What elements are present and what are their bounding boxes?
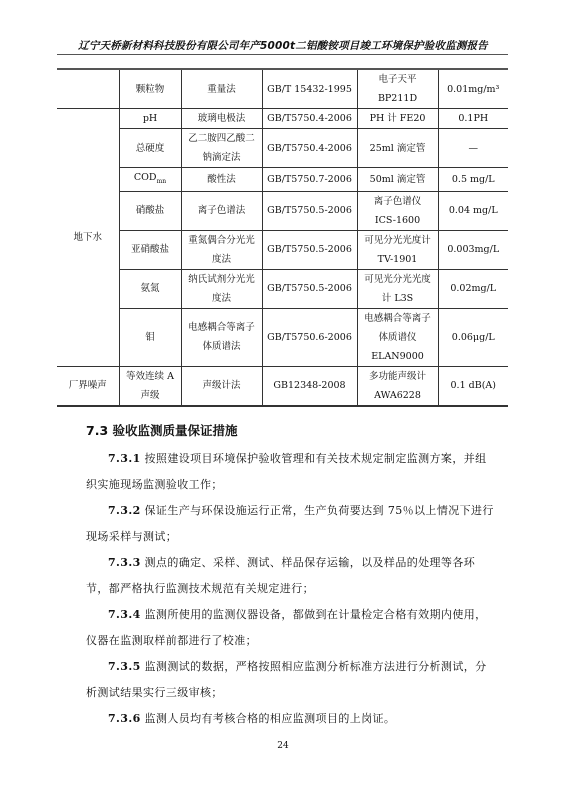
instrument-line: ICS-1600: [360, 211, 436, 230]
instrument-line: ELAN9000: [360, 347, 436, 366]
clause-text: 测点的确定、采样、测试、样品保存运输，以及样品的处理等各环节，都严格执行监测技术…: [86, 556, 475, 595]
method-cell: 乙二胺四乙酸二钠滴定法: [181, 129, 262, 168]
paragraph-7-3-5: 7.3.5 监测测试的数据，严格按照相应监测分析标准方法进行分析测试，分析测试结…: [86, 654, 496, 706]
paragraph-7-3-6: 7.3.6 监测人员均有考核合格的相应监测项目的上岗证。: [86, 706, 496, 732]
instrument-line: 多功能声级计: [360, 367, 436, 386]
item-line: 声级: [122, 386, 179, 405]
method-line: 重氮偶合分光光: [184, 231, 260, 250]
method-cell: 纳氏试剂分光光度法: [181, 269, 262, 308]
table-row: CODmn 酸性法 GB/T5750.7-2006 50ml 滴定管 0.5 m…: [57, 168, 508, 192]
standard-cell: GB/T5750.6-2006: [262, 308, 357, 366]
table-row: 总硬度 乙二胺四乙酸二钠滴定法 GB/T5750.4-2006 25ml 滴定管…: [57, 129, 508, 168]
method-cell: 重量法: [181, 69, 262, 109]
clause-number: 7.3.5: [108, 660, 141, 673]
item-cell: 钼: [119, 308, 181, 366]
detection-limit-cell: 0.01mg/m³: [438, 69, 508, 109]
item-cell: 氨氮: [119, 269, 181, 308]
instrument-cell: 离子色谱仪ICS-1600: [357, 191, 438, 230]
instrument-cell: 可见光分光光度计 L3S: [357, 269, 438, 308]
clause-number: 7.3.6: [108, 712, 141, 725]
item-cell: pH: [119, 109, 181, 129]
instrument-line: 可见光分光光度: [360, 270, 436, 289]
detection-limit-cell: 0.1PH: [438, 109, 508, 129]
detection-limit-cell: 0.5 mg/L: [438, 168, 508, 192]
item-cell: 总硬度: [119, 129, 181, 168]
monitoring-methods-table: 颗粒物 重量法 GB/T 15432-1995 电子天平BP211D 0.01m…: [57, 68, 508, 407]
instrument-line: AWA6228: [360, 386, 436, 405]
instrument-cell: 50ml 滴定管: [357, 168, 438, 192]
instrument-line: BP211D: [360, 89, 436, 108]
item-cell: 亚硝酸盐: [119, 230, 181, 269]
instrument-line: 电感耦合等离子: [360, 309, 436, 328]
table-row: 颗粒物 重量法 GB/T 15432-1995 电子天平BP211D 0.01m…: [57, 69, 508, 109]
detection-limit-cell: 0.04 mg/L: [438, 191, 508, 230]
instrument-cell: 电子天平BP211D: [357, 69, 438, 109]
paragraph-7-3-1: 7.3.1 按照建设项目环境保护验收管理和有关技术规定制定监测方案，并组织实施现…: [86, 446, 496, 498]
item-subscript: mn: [157, 178, 167, 185]
instrument-cell: PH 计 FE20: [357, 109, 438, 129]
table-row: 钼 电感耦合等离子体质谱法 GB/T5750.6-2006 电感耦合等离子体质谱…: [57, 308, 508, 366]
table-row: 硝酸盐 离子色谱法 GB/T5750.5-2006 离子色谱仪ICS-1600 …: [57, 191, 508, 230]
instrument-line: 电子天平: [360, 70, 436, 89]
method-line: 钠滴定法: [184, 148, 260, 167]
report-header-title: 辽宁天桥新材料科技股份有限公司年产5000t二铝酸铵项目竣工环境保护验收监测报告: [0, 38, 566, 53]
category-cell-noise: 厂界噪声: [57, 366, 119, 406]
header-divider: [57, 54, 508, 55]
method-cell: 玻璃电极法: [181, 109, 262, 129]
standard-cell: GB/T5750.4-2006: [262, 129, 357, 168]
detection-limit-cell: 0.06μg/L: [438, 308, 508, 366]
instrument-line: 可见分光光度计: [360, 231, 436, 250]
standard-cell: GB/T5750.5-2006: [262, 230, 357, 269]
clause-text: 监测人员均有考核合格的相应监测项目的上岗证。: [141, 712, 396, 725]
instrument-cell: 可见分光光度计TV-1901: [357, 230, 438, 269]
instrument-line: 离子色谱仪: [360, 192, 436, 211]
table-row: 亚硝酸盐 重氮偶合分光光度法 GB/T5750.5-2006 可见分光光度计TV…: [57, 230, 508, 269]
clause-text: 监测所使用的监测仪器设备，都做到在计量检定合格有效期内使用，仪器在监测取样前都进…: [86, 608, 487, 647]
clause-text: 保证生产与环保设施运行正常，生产负荷要达到 75％以上情况下进行现场采样与测试；: [86, 504, 494, 543]
standard-cell: GB12348-2008: [262, 366, 357, 406]
detection-limit-cell: 0.1 dB(A): [438, 366, 508, 406]
category-cell-groundwater: 地下水: [57, 109, 119, 367]
clause-number: 7.3.4: [108, 608, 141, 621]
item-line: 等效连续 A: [122, 367, 179, 386]
item-main-text: COD: [134, 172, 157, 183]
instrument-line: 体质谱仪: [360, 328, 436, 347]
page-number: 24: [0, 741, 566, 751]
clause-number: 7.3.2: [108, 504, 141, 517]
detection-limit-cell: —: [438, 129, 508, 168]
method-line: 纳氏试剂分光光: [184, 270, 260, 289]
method-line: 度法: [184, 289, 260, 308]
instrument-cell: 电感耦合等离子体质谱仪ELAN9000: [357, 308, 438, 366]
instrument-cell: 多功能声级计AWA6228: [357, 366, 438, 406]
method-cell: 电感耦合等离子体质谱法: [181, 308, 262, 366]
method-cell: 离子色谱法: [181, 191, 262, 230]
standard-cell: GB/T5750.5-2006: [262, 191, 357, 230]
instrument-line: TV-1901: [360, 250, 436, 269]
detection-limit-cell: 0.003mg/L: [438, 230, 508, 269]
method-line: 体质谱法: [184, 337, 260, 356]
paragraph-7-3-4: 7.3.4 监测所使用的监测仪器设备，都做到在计量检定合格有效期内使用，仪器在监…: [86, 602, 496, 654]
method-line: 度法: [184, 250, 260, 269]
clause-text: 按照建设项目环境保护验收管理和有关技术规定制定监测方案，并组织实施现场监测验收工…: [86, 452, 487, 491]
item-cell: 等效连续 A声级: [119, 366, 181, 406]
standard-cell: GB/T5750.5-2006: [262, 269, 357, 308]
section-heading: 7.3 验收监测质量保证措施: [86, 421, 238, 439]
method-cell: 声级计法: [181, 366, 262, 406]
method-line: 电感耦合等离子: [184, 318, 260, 337]
item-cell: 颗粒物: [119, 69, 181, 109]
standard-cell: GB/T5750.4-2006: [262, 109, 357, 129]
category-cell-empty: [57, 69, 119, 109]
clause-text: 监测测试的数据，严格按照相应监测分析标准方法进行分析测试，分析测试结果实行三级审…: [86, 660, 487, 699]
paragraph-7-3-2: 7.3.2 保证生产与环保设施运行正常，生产负荷要达到 75％以上情况下进行现场…: [86, 498, 496, 550]
instrument-line: 计 L3S: [360, 289, 436, 308]
standard-cell: GB/T5750.7-2006: [262, 168, 357, 192]
item-cell: 硝酸盐: [119, 191, 181, 230]
table-row: 氨氮 纳氏试剂分光光度法 GB/T5750.5-2006 可见光分光光度计 L3…: [57, 269, 508, 308]
method-cell: 重氮偶合分光光度法: [181, 230, 262, 269]
standard-cell: GB/T 15432-1995: [262, 69, 357, 109]
table-row: 厂界噪声 等效连续 A声级 声级计法 GB12348-2008 多功能声级计AW…: [57, 366, 508, 406]
instrument-cell: 25ml 滴定管: [357, 129, 438, 168]
detection-limit-cell: 0.02mg/L: [438, 269, 508, 308]
method-cell: 酸性法: [181, 168, 262, 192]
item-cell: CODmn: [119, 168, 181, 192]
method-line: 乙二胺四乙酸二: [184, 129, 260, 148]
table-row: 地下水 pH 玻璃电极法 GB/T5750.4-2006 PH 计 FE20 0…: [57, 109, 508, 129]
clause-number: 7.3.1: [108, 452, 141, 465]
paragraph-7-3-3: 7.3.3 测点的确定、采样、测试、样品保存运输，以及样品的处理等各环节，都严格…: [86, 550, 496, 602]
clause-number: 7.3.3: [108, 556, 141, 569]
